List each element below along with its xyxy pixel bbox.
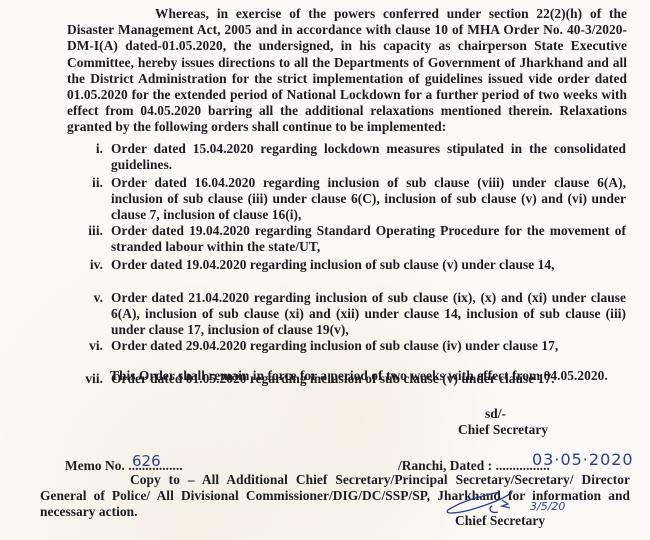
order-number: iii.: [67, 223, 103, 239]
order-number: i.: [67, 141, 103, 157]
closing-paragraph: This Order shall remain in force for a p…: [67, 368, 627, 384]
order-number: iv.: [67, 257, 103, 273]
order-number: v.: [67, 290, 103, 306]
order-number: vi.: [67, 338, 103, 354]
signature-mark: sd/-: [485, 406, 506, 422]
order-text: Order dated 29.04.2020 regarding inclusi…: [111, 338, 626, 354]
signatory-title: Chief Secretary: [458, 422, 548, 438]
order-text: Order dated 19.04.2020 regarding Standar…: [111, 223, 626, 255]
order-number: ii.: [67, 175, 103, 191]
date-handwritten: 03·05·2020: [532, 450, 634, 469]
order-text: Order dated 21.04.2020 regarding inclusi…: [111, 290, 626, 339]
dated-label: /Ranchi, Dated :: [398, 458, 496, 473]
document-page: Whereas, in exercise of the powers confe…: [0, 0, 650, 540]
signature-date-handwritten: 3/5/20: [530, 500, 565, 513]
memo-number-handwritten: 626: [132, 452, 161, 470]
order-text: Order dated 15.04.2020 regarding lockdow…: [111, 141, 626, 173]
memo-label: Memo No. ....: [65, 458, 142, 473]
order-text: Order dated 16.04.2020 regarding inclusi…: [111, 175, 626, 224]
intro-paragraph: Whereas, in exercise of the powers confe…: [67, 6, 627, 136]
signatory-title-2: Chief Secretary: [455, 513, 545, 529]
order-text: Order dated 19.04.2020 regarding inclusi…: [111, 257, 626, 273]
